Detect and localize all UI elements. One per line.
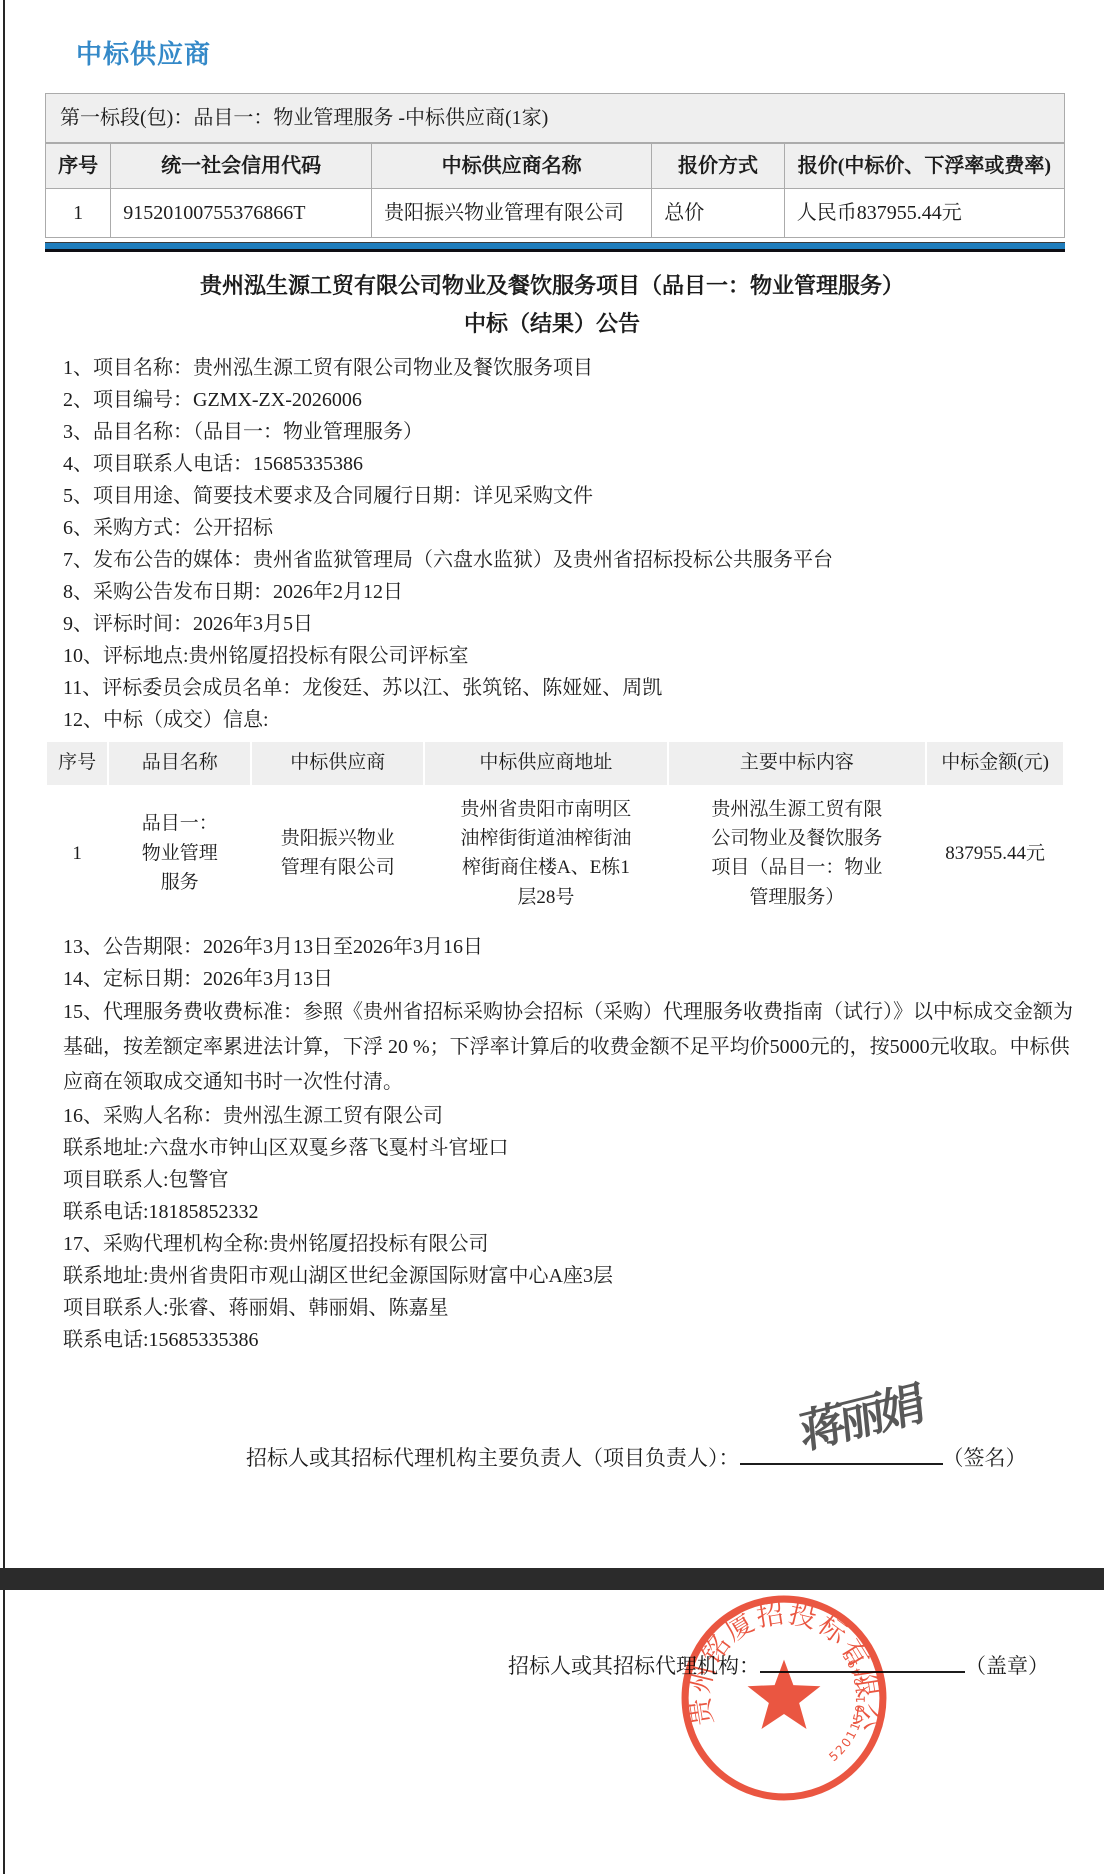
list-item: 联系电话:18185852332: [63, 1196, 1084, 1228]
table-header-row: 序号 品目名称 中标供应商 中标供应商地址 主要中标内容 中标金额(元): [47, 742, 1063, 785]
list-item: 项目联系人:张睿、蒋丽娟、韩丽娟、陈嘉星: [63, 1292, 1084, 1324]
cell-amount: 837955.44元: [927, 785, 1063, 923]
col-header-credit-code: 统一社会信用代码: [111, 144, 372, 189]
company-seal: 贵州铭厦招投标有限公司 5201150112495: [678, 1592, 890, 1804]
list-item: 4、项目联系人电话：15685335386: [63, 448, 1084, 480]
award-info-table: 序号 品目名称 中标供应商 中标供应商地址 主要中标内容 中标金额(元) 1 品…: [45, 742, 1065, 922]
list-item: 13、公告期限：2026年3月13日至2026年3月16日: [63, 931, 1084, 963]
signature-label: 招标人或其招标代理机构主要负责人（项目负责人）：: [246, 1446, 740, 1470]
col-header-supplier: 中标供应商: [252, 742, 423, 785]
section-divider-bar: [45, 242, 1065, 252]
bottom-divider-bar: [0, 1568, 1104, 1590]
list-item: 7、发布公告的媒体：贵州省监狱管理局（六盘水监狱）及贵州省招标投标公共服务平台: [63, 544, 1084, 576]
winning-supplier-table: 序号 统一社会信用代码 中标供应商名称 报价方式 报价(中标价、下浮率或费率) …: [45, 143, 1065, 238]
col-header-price-type: 报价方式: [652, 144, 784, 189]
col-header-no: 序号: [46, 144, 111, 189]
cell-no: 1: [46, 189, 111, 238]
lot-caption: 第一标段(包)：品目一：物业管理服务 -中标供应商(1家): [45, 93, 1065, 143]
stamp-section: 招标人或其招标代理机构：（盖章） 贵州铭厦招投标有限公司 52011501124…: [0, 1590, 1104, 1874]
list-item: 1、项目名称：贵州泓生源工贸有限公司物业及餐饮服务项目: [63, 352, 1084, 384]
cell-item: 品目一：物业管理服务: [109, 785, 250, 923]
col-header-amount: 中标金额(元): [927, 742, 1063, 785]
signature-line: 招标人或其招标代理机构主要负责人（项目负责人）：（签名）: [246, 1442, 1027, 1472]
col-header-content: 主要中标内容: [669, 742, 926, 785]
col-header-price: 报价(中标价、下浮率或费率): [784, 144, 1064, 189]
list-item: 9、评标时间：2026年3月5日: [63, 608, 1084, 640]
cell-price-type: 总价: [652, 189, 784, 238]
list-item: 联系地址:贵州省贵阳市观山湖区世纪金源国际财富中心A座3层: [63, 1260, 1084, 1292]
announcement-body-continued: 13、公告期限：2026年3月13日至2026年3月16日 14、定标日期：20…: [63, 931, 1084, 1356]
list-item: 3、品目名称：（品目一：物业管理服务）: [63, 416, 1084, 448]
list-item: 12、中标（成交）信息:: [63, 704, 1084, 736]
col-header-item: 品目名称: [109, 742, 250, 785]
announcement-title: 贵州泓生源工贸有限公司物业及餐饮服务项目（品目一：物业管理服务） 中标（结果）公…: [0, 267, 1104, 343]
table-header-row: 序号 统一社会信用代码 中标供应商名称 报价方式 报价(中标价、下浮率或费率): [46, 144, 1065, 189]
cell-supplier: 贵阳振兴物业管理有限公司: [372, 189, 652, 238]
list-item: 联系地址:六盘水市钟山区双戛乡落飞戛村斗官垭口: [63, 1132, 1084, 1164]
cell-credit-code: 91520100755376866T: [111, 189, 372, 238]
cell-price: 人民币837955.44元: [784, 189, 1064, 238]
document-page: 中标供应商 第一标段(包)：品目一：物业管理服务 -中标供应商(1家) 序号 统…: [0, 0, 1104, 1874]
list-item: 5、项目用途、简要技术要求及合同履行日期：详见采购文件: [63, 480, 1084, 512]
list-item: 15、代理服务费收费标准：参照《贵州省招标采购协会招标（采购）代理服务收费指南（…: [63, 995, 1084, 1100]
list-item: 6、采购方式：公开招标: [63, 512, 1084, 544]
list-item: 项目联系人:包警官: [63, 1164, 1084, 1196]
list-item: 8、采购公告发布日期：2026年2月12日: [63, 576, 1084, 608]
list-item: 10、评标地点:贵州铭厦招投标有限公司评标室: [63, 640, 1084, 672]
stamp-suffix: （盖章）: [965, 1654, 1049, 1678]
signature-suffix: （签名）: [943, 1446, 1027, 1470]
list-item: 2、项目编号：GZMX-ZX-2026006: [63, 384, 1084, 416]
col-header-no: 序号: [47, 742, 107, 785]
table-row: 1 91520100755376866T 贵阳振兴物业管理有限公司 总价 人民币…: [46, 189, 1065, 238]
col-header-supplier: 中标供应商名称: [372, 144, 652, 189]
left-border-rule: [3, 0, 5, 1874]
cell-supplier: 贵阳振兴物业管理有限公司: [252, 785, 423, 923]
seal-star-icon: [748, 1660, 821, 1729]
announcement-body: 1、项目名称：贵州泓生源工贸有限公司物业及餐饮服务项目 2、项目编号：GZMX-…: [63, 352, 1084, 736]
list-item: 14、定标日期：2026年3月13日: [63, 963, 1084, 995]
announcement-title-line2: 中标（结果）公告: [0, 305, 1104, 343]
announcement-section: 中标供应商 第一标段(包)：品目一：物业管理服务 -中标供应商(1家) 序号 统…: [0, 0, 1104, 1568]
list-item: 16、采购人名称：贵州泓生源工贸有限公司: [63, 1100, 1084, 1132]
table-row: 1 品目一：物业管理服务 贵阳振兴物业管理有限公司 贵州省贵阳市南明区油榨街街道…: [47, 785, 1063, 923]
col-header-address: 中标供应商地址: [425, 742, 666, 785]
cell-address: 贵州省贵阳市南明区油榨街街道油榨街油榨街商住楼A、E栋1层28号: [425, 785, 666, 923]
cell-no: 1: [47, 785, 107, 923]
list-item: 联系电话:15685335386: [63, 1324, 1084, 1356]
list-item: 17、采购代理机构全称:贵州铭厦招投标有限公司: [63, 1228, 1084, 1260]
cell-content: 贵州泓生源工贸有限公司物业及餐饮服务项目（品目一：物业管理服务）: [669, 785, 926, 923]
list-item: 11、评标委员会成员名单：龙俊廷、苏以江、张筑铭、陈娅娅、周凯: [63, 672, 1084, 704]
announcement-title-line1: 贵州泓生源工贸有限公司物业及餐饮服务项目（品目一：物业管理服务）: [0, 267, 1104, 305]
page-title: 中标供应商: [0, 0, 1104, 71]
